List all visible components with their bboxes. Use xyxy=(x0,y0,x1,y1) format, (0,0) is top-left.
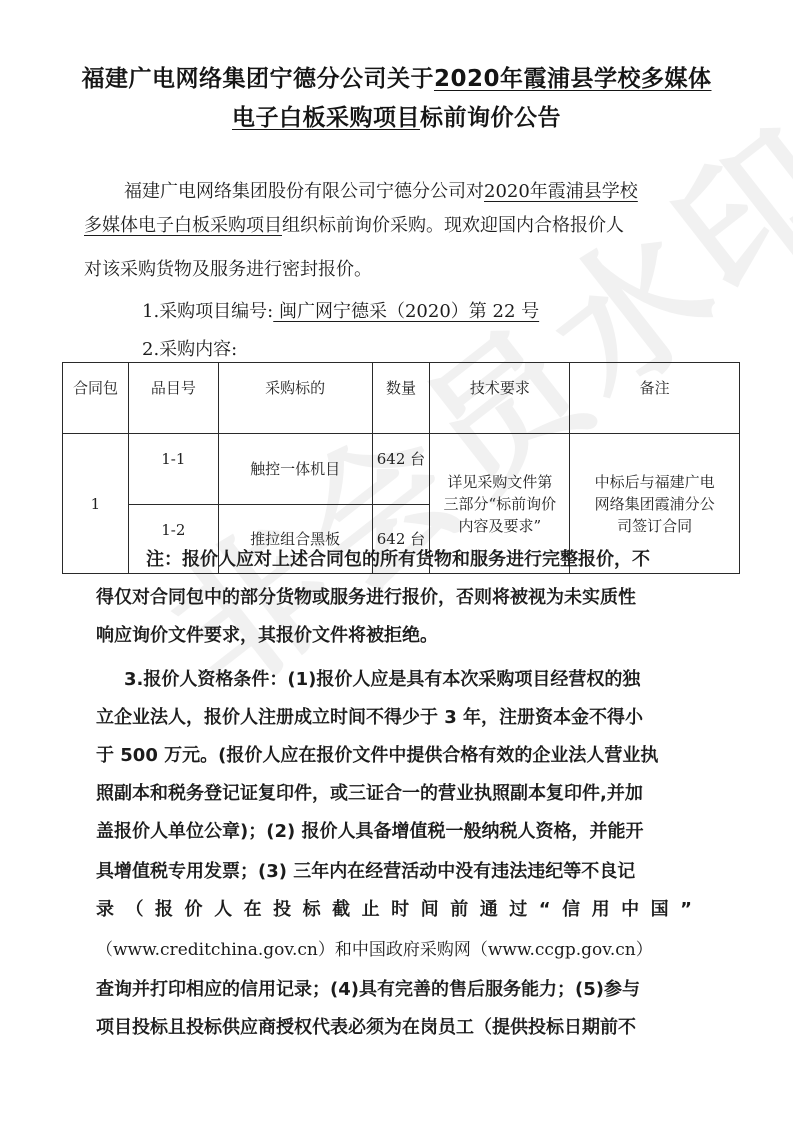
header-tech-requirement: 技术要求 xyxy=(430,363,570,434)
document-title-line-2: 电子白板采购项目标前询价公告 xyxy=(0,99,793,132)
procurement-number-label: 1.采购项目编号: xyxy=(142,301,273,322)
intro-line-1: 福建广电网络集团股份有限公司宁德分公司对2020年霞浦县学校 xyxy=(124,180,700,204)
intro-line-3: 对该采购货物及服务进行密封报价。 xyxy=(84,258,700,282)
title-prefix: 福建广电网络集团宁德分公司关于 xyxy=(81,66,434,92)
qualification-line-9: 查询并打印相应的信用记录；(4)具有完善的售后服务能力；(5)参与 xyxy=(96,978,702,1002)
intro-text: 组织标前询价采购。现欢迎国内合格报价人 xyxy=(282,215,624,236)
remark-line: 中标后与福建广电 xyxy=(574,471,735,493)
intro-line-2: 多媒体电子白板采购项目组织标前询价采购。现欢迎国内合格报价人 xyxy=(84,214,700,238)
procurement-number: 1.采购项目编号: 闽广网宁德采（2020）第 22 号 xyxy=(142,300,758,324)
note-line-1: 注：报价人应对上述合同包的所有货物和服务进行完整报价，不 xyxy=(146,548,700,572)
document-title-line-1: 福建广电网络集团宁德分公司关于2020年霞浦县学校多媒体 xyxy=(0,60,793,93)
note-line-2: 得仅对合同包中的部分货物或服务进行报价，否则将被视为未实质性 xyxy=(96,586,700,610)
qualification-line-5: 盖报价人单位公章)；(2) 报价人具备增值税一般纳税人资格，并能开 xyxy=(96,820,702,844)
cell-quantity: 642 台 xyxy=(372,434,430,505)
cell-item-no: 1-1 xyxy=(128,434,218,505)
header-package: 合同包 xyxy=(63,363,129,434)
cell-subject: 触控一体机目 xyxy=(218,434,372,505)
intro-project-part1: 2020年霞浦县学校 xyxy=(484,181,638,202)
title-suffix: 标前询价公告 xyxy=(420,105,561,131)
header-subject: 采购标的 xyxy=(218,363,372,434)
qualification-line-7: 录（报价人在投标截止时间前通过“信用中国” xyxy=(96,898,692,922)
header-item-no: 品目号 xyxy=(128,363,218,434)
procurement-content-label: 2.采购内容: xyxy=(142,338,758,362)
title-project-name-part2: 电子白板采购项目 xyxy=(232,105,420,131)
note-line-3: 响应询价文件要求，其报价文件将被拒绝。 xyxy=(96,624,712,648)
tech-line: 三部分“标前询价 xyxy=(434,493,565,515)
document-page: 非会员水印 福建广电网络集团宁德分公司关于2020年霞浦县学校多媒体 电子白板采… xyxy=(0,0,793,1121)
header-quantity: 数量 xyxy=(372,363,430,434)
remark-line: 司签订合同 xyxy=(574,515,735,537)
qualification-line-8: （www.creditchina.gov.cn）和中国政府采购网（www.ccg… xyxy=(96,938,702,962)
qualification-line-2: 立企业法人，报价人注册成立时间不得少于 3 年，注册资本金不得小 xyxy=(96,706,702,730)
table-header-row: 合同包 品目号 采购标的 数量 技术要求 备注 xyxy=(63,363,740,434)
title-project-name-part1: 2020年霞浦县学校多媒体 xyxy=(434,66,712,92)
qualification-line-1: 3.报价人资格条件：(1)报价人应是具有本次采购项目经营权的独 xyxy=(124,668,702,692)
intro-project-part2: 多媒体电子白板采购项目 xyxy=(84,215,282,236)
remark-line: 网络集团霞浦分公 xyxy=(574,493,735,515)
intro-company: 福建广电网络集团股份有限公司宁德分公司对 xyxy=(124,181,484,202)
table-row: 1 1-1 触控一体机目 642 台 详见采购文件第 三部分“标前询价 内容及要… xyxy=(63,434,740,505)
qualification-line-4: 照副本和税务登记证复印件，或三证合一的营业执照副本复印件,并加 xyxy=(96,782,702,806)
tech-line: 内容及要求” xyxy=(434,515,565,537)
qualification-line-6: 具增值税专用发票；(3) 三年内在经营活动中没有违法违纪等不良记 xyxy=(96,860,702,884)
qualification-line-3: 于 500 万元。(报价人应在报价文件中提供合格有效的企业法人营业执 xyxy=(96,744,702,768)
qualification-line-10: 项目投标且投标供应商授权代表必须为在岗员工（提供投标日期前不 xyxy=(96,1016,702,1040)
tech-line: 详见采购文件第 xyxy=(434,471,565,493)
header-remark: 备注 xyxy=(570,363,740,434)
procurement-table: 合同包 品目号 采购标的 数量 技术要求 备注 1 1-1 触控一体机目 642… xyxy=(62,362,740,574)
procurement-number-value: 闽广网宁德采（2020）第 22 号 xyxy=(273,301,539,322)
cell-package: 1 xyxy=(63,434,129,574)
